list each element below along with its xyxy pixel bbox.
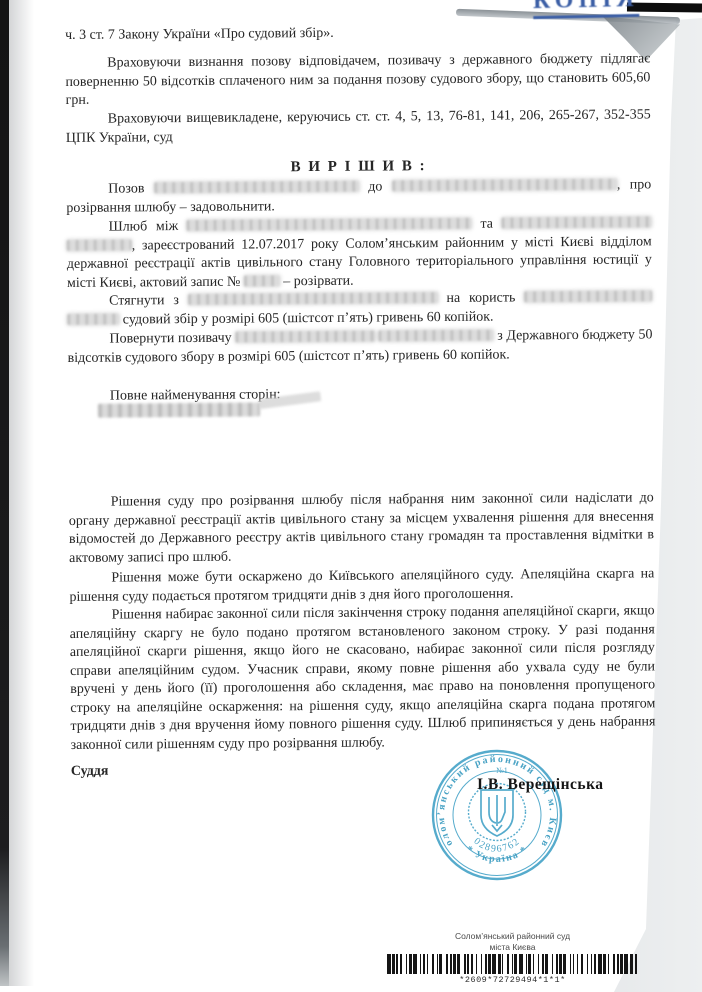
redacted-text bbox=[379, 330, 494, 342]
paragraph-legal-force: Рішення набирає законної сили після закі… bbox=[70, 602, 656, 755]
barcode-image bbox=[387, 954, 639, 974]
redacted-text bbox=[501, 216, 651, 228]
paragraph-return-fee: Повернути позивачу з Державного бюджету … bbox=[67, 326, 652, 368]
scanned-court-document-page: КОПІЯ ч. 3 ст. 7 Закону України «Про суд… bbox=[0, 0, 702, 992]
court-seal-stamp: Солом’янський районний суд м. Києва №1 0… bbox=[422, 740, 572, 890]
redacted-text bbox=[67, 239, 132, 251]
paragraph-fee-refund: Враховуючи визнання позову відповідачем,… bbox=[65, 50, 650, 110]
seal-ring-text: Солом’янський районний суд м. Києва bbox=[422, 740, 558, 850]
barcode-block: Солом’янський районний суд міста Києва *… bbox=[385, 931, 640, 985]
barcode-gap bbox=[637, 954, 638, 974]
paragraph-collect-fee: Стягнути з на користь судовий збір у роз… bbox=[67, 288, 652, 330]
redacted-party-names bbox=[98, 402, 260, 417]
redacted-text bbox=[188, 292, 438, 305]
redacted-text bbox=[187, 218, 472, 231]
paragraph-registry-notification: Рішення суду про розірвання шлюбу після … bbox=[69, 489, 655, 568]
redacted-text bbox=[154, 181, 359, 194]
paragraph-law-reference: ч. 3 ст. 7 Закону України «Про судовий з… bbox=[65, 22, 650, 45]
seal-number-label: №1 bbox=[496, 766, 508, 775]
redacted-text bbox=[244, 275, 280, 286]
redacted-text bbox=[392, 179, 617, 192]
barcode-caption-city: міста Києва bbox=[385, 942, 640, 953]
redacted-text bbox=[67, 313, 119, 324]
redacted-text bbox=[235, 331, 375, 343]
paragraph-guided-by: Враховуючи вищевикладене, керуючись ст. … bbox=[66, 106, 651, 148]
decision-heading: В И Р І Ш И В : bbox=[66, 156, 651, 178]
paragraph-claim-granted: Позов до , про розірвання шлюбу – задово… bbox=[66, 176, 651, 218]
paragraph-appeal-right: Рішення може бути оскаржено до Київськог… bbox=[69, 565, 654, 607]
barcode-caption-court: Солом’янський районний суд bbox=[385, 931, 640, 942]
redacted-text bbox=[524, 290, 652, 302]
judge-signature-name: І.В. Верещінська bbox=[477, 776, 604, 794]
document-body: ч. 3 ст. 7 Закону України «Про судовий з… bbox=[0, 0, 702, 992]
barcode-code-text: *2609*72729494*1*1* bbox=[385, 975, 640, 985]
paragraph-marriage-dissolved: Шлюб між та , зареєстрований 12.07.2017 … bbox=[66, 214, 652, 293]
ukraine-trident-icon bbox=[481, 790, 513, 836]
